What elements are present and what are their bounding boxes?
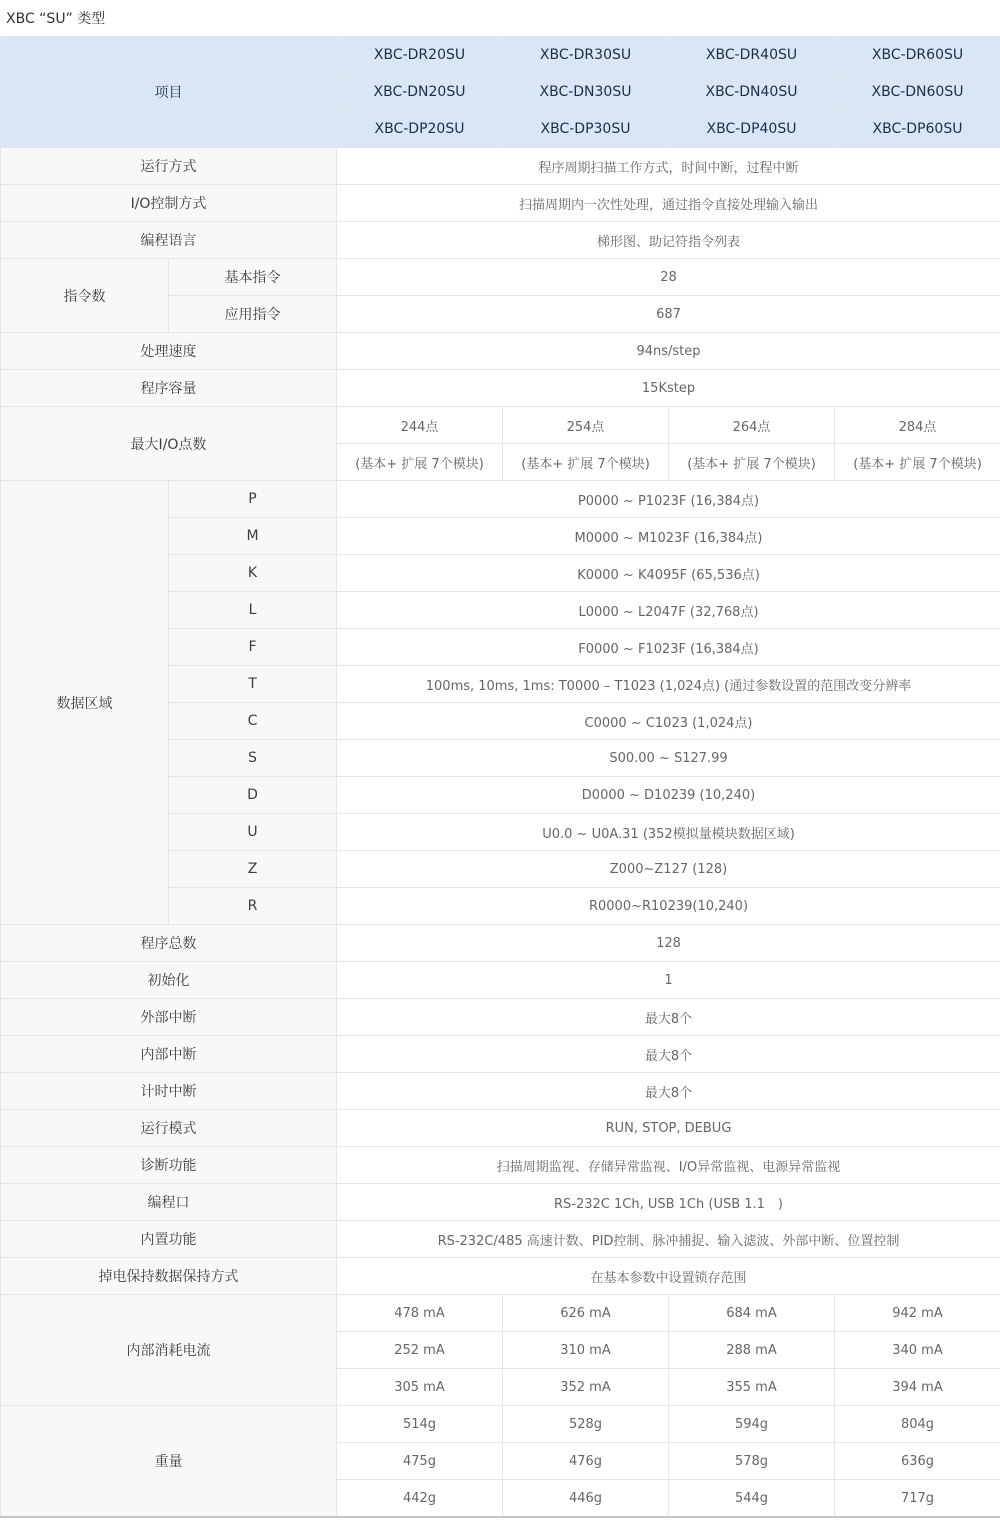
model-cell: XBC-DP20SU <box>337 111 503 148</box>
spec-label: 编程语言 <box>1 222 337 259</box>
row-basic-instructions: 指令数 基本指令 28 <box>1 259 1000 296</box>
spec-value: 扫描周期内一次性处理，通过指令直接处理输入输出 <box>337 185 1000 222</box>
spec-label: 运行模式 <box>1 1110 337 1147</box>
page-title: XBC “SU” 类型 <box>0 0 1000 36</box>
max-io-note: (基本+ 扩展 7个模块) <box>337 444 503 481</box>
data-area-key: M <box>169 518 337 555</box>
spec-label: 处理速度 <box>1 333 337 370</box>
data-area-range: P0000 ~ P1023F (16,384点) <box>337 481 1000 518</box>
max-io-point: 244点 <box>337 407 503 444</box>
weight-value: 476g <box>503 1443 669 1480</box>
row-proc-speed: 处理速度 94ns/step <box>1 333 1000 370</box>
model-cell: XBC-DR30SU <box>503 37 669 74</box>
row-total-programs: 程序总数 128 <box>1 925 1000 962</box>
data-area-key: P <box>169 481 337 518</box>
model-cell: XBC-DN20SU <box>337 74 503 111</box>
max-io-note: (基本+ 扩展 7个模块) <box>835 444 1000 481</box>
model-cell: XBC-DP60SU <box>835 111 1000 148</box>
spec-value: RS-232C/485 高速计数、PID控制、脉冲捕捉、输入滤波、外部中断、位置… <box>337 1221 1000 1258</box>
spec-value: 1 <box>337 962 1000 999</box>
row-diagnostics: 诊断功能 扫描周期监视、存储异常监视、I/O异常监视、电源异常监视 <box>1 1147 1000 1184</box>
spec-value: 程序周期扫描工作方式，时间中断，过程中断 <box>337 148 1000 185</box>
current-value: 252 mA <box>337 1332 503 1369</box>
data-area-range: Z000~Z127 (128) <box>337 851 1000 888</box>
max-io-point: 254点 <box>503 407 669 444</box>
current-value: 355 mA <box>669 1369 835 1406</box>
model-cell: XBC-DN40SU <box>669 74 835 111</box>
data-area-key: F <box>169 629 337 666</box>
spec-label: 内部中断 <box>1 1036 337 1073</box>
data-area-range: R0000~R10239(10,240) <box>337 888 1000 925</box>
max-io-point: 284点 <box>835 407 1000 444</box>
weight-value: 594g <box>669 1406 835 1443</box>
row-data-area-P: 数据区域 P P0000 ~ P1023F (16,384点) <box>1 481 1000 518</box>
row-latch-retain: 掉电保持数据保持方式 在基本参数中设置锁存范围 <box>1 1258 1000 1295</box>
max-io-note: (基本+ 扩展 7个模块) <box>503 444 669 481</box>
spec-label: 初始化 <box>1 962 337 999</box>
max-io-point: 264点 <box>669 407 835 444</box>
data-area-range: M0000 ~ M1023F (16,384点) <box>337 518 1000 555</box>
data-area-key: T <box>169 666 337 703</box>
model-cell: XBC-DR60SU <box>835 37 1000 74</box>
spec-group-label: 指令数 <box>1 259 169 333</box>
current-value: 340 mA <box>835 1332 1000 1369</box>
spec-value: 最大8个 <box>337 999 1000 1036</box>
weight-value: 446g <box>503 1480 669 1518</box>
row-ext-interrupt: 外部中断 最大8个 <box>1 999 1000 1036</box>
current-value: 394 mA <box>835 1369 1000 1406</box>
data-area-range: C0000 ~ C1023 (1,024点) <box>337 703 1000 740</box>
spec-label: 运行方式 <box>1 148 337 185</box>
current-value: 310 mA <box>503 1332 669 1369</box>
weight-value: 636g <box>835 1443 1000 1480</box>
spec-value: 15Kstep <box>337 370 1000 407</box>
row-weight-1: 重量 514g 528g 594g 804g <box>1 1406 1000 1443</box>
row-prog-lang: 编程语言 梯形图、助记符指令列表 <box>1 222 1000 259</box>
data-area-range: U0.0 ~ U0A.31 (352模拟量模块数据区域) <box>337 814 1000 851</box>
header-row-dr: 项目 XBC-DR20SU XBC-DR30SU XBC-DR40SU XBC-… <box>1 37 1000 74</box>
spec-value: RUN, STOP, DEBUG <box>337 1110 1000 1147</box>
spec-label: 掉电保持数据保持方式 <box>1 1258 337 1295</box>
row-operation-modes: 运行模式 RUN, STOP, DEBUG <box>1 1110 1000 1147</box>
model-cell: XBC-DP30SU <box>503 111 669 148</box>
data-area-key: Z <box>169 851 337 888</box>
spec-label: 计时中断 <box>1 1073 337 1110</box>
weight-value: 475g <box>337 1443 503 1480</box>
current-value: 684 mA <box>669 1295 835 1332</box>
current-value: 305 mA <box>337 1369 503 1406</box>
weight-value: 717g <box>835 1480 1000 1518</box>
row-builtin-functions: 内置功能 RS-232C/485 高速计数、PID控制、脉冲捕捉、输入滤波、外部… <box>1 1221 1000 1258</box>
row-programming-port: 编程口 RS-232C 1Ch, USB 1Ch (USB 1.1 ) <box>1 1184 1000 1221</box>
model-cell: XBC-DR20SU <box>337 37 503 74</box>
weight-value: 804g <box>835 1406 1000 1443</box>
spec-group-label: 数据区域 <box>1 481 169 925</box>
spec-label: 内置功能 <box>1 1221 337 1258</box>
current-value: 626 mA <box>503 1295 669 1332</box>
data-area-range: K0000 ~ K4095F (65,536点) <box>337 555 1000 592</box>
spec-value: 94ns/step <box>337 333 1000 370</box>
current-value: 288 mA <box>669 1332 835 1369</box>
current-value: 352 mA <box>503 1369 669 1406</box>
row-timer-interrupt: 计时中断 最大8个 <box>1 1073 1000 1110</box>
row-prog-capacity: 程序容量 15Kstep <box>1 370 1000 407</box>
spec-value: 28 <box>337 259 1000 296</box>
weight-value: 544g <box>669 1480 835 1518</box>
data-area-range: 100ms, 10ms, 1ms: T0000 – T1023 (1,024点)… <box>337 666 1000 703</box>
spec-label: 最大I/O点数 <box>1 407 337 481</box>
data-area-range: L0000 ~ L2047F (32,768点) <box>337 592 1000 629</box>
spec-value: 687 <box>337 296 1000 333</box>
row-max-io-points: 最大I/O点数 244点 254点 264点 284点 <box>1 407 1000 444</box>
spec-label: 编程口 <box>1 1184 337 1221</box>
weight-value: 578g <box>669 1443 835 1480</box>
data-area-key: C <box>169 703 337 740</box>
current-value: 942 mA <box>835 1295 1000 1332</box>
data-area-key: U <box>169 814 337 851</box>
current-value: 478 mA <box>337 1295 503 1332</box>
model-cell: XBC-DR40SU <box>669 37 835 74</box>
row-int-interrupt: 内部中断 最大8个 <box>1 1036 1000 1073</box>
data-area-range: D0000 ~ D10239 (10,240) <box>337 777 1000 814</box>
weight-value: 442g <box>337 1480 503 1518</box>
row-current-1: 内部消耗电流 478 mA 626 mA 684 mA 942 mA <box>1 1295 1000 1332</box>
data-area-range: S00.00 ~ S127.99 <box>337 740 1000 777</box>
weight-value: 528g <box>503 1406 669 1443</box>
data-area-key: L <box>169 592 337 629</box>
max-io-note: (基本+ 扩展 7个模块) <box>669 444 835 481</box>
spec-label: 程序总数 <box>1 925 337 962</box>
row-run-mode: 运行方式 程序周期扫描工作方式，时间中断，过程中断 <box>1 148 1000 185</box>
model-cell: XBC-DN60SU <box>835 74 1000 111</box>
spec-value: 扫描周期监视、存储异常监视、I/O异常监视、电源异常监视 <box>337 1147 1000 1184</box>
data-area-range: F0000 ~ F1023F (16,384点) <box>337 629 1000 666</box>
spec-label: 诊断功能 <box>1 1147 337 1184</box>
data-area-key: K <box>169 555 337 592</box>
spec-value: 128 <box>337 925 1000 962</box>
spec-value: 最大8个 <box>337 1073 1000 1110</box>
spec-label: 重量 <box>1 1406 337 1518</box>
spec-value: 最大8个 <box>337 1036 1000 1073</box>
data-area-key: S <box>169 740 337 777</box>
spec-sublabel: 基本指令 <box>169 259 337 296</box>
data-area-key: D <box>169 777 337 814</box>
row-io-control: I/O控制方式 扫描周期内一次性处理，通过指令直接处理输入输出 <box>1 185 1000 222</box>
spec-sublabel: 应用指令 <box>169 296 337 333</box>
data-area-key: R <box>169 888 337 925</box>
spec-value: 梯形图、助记符指令列表 <box>337 222 1000 259</box>
spec-label: 程序容量 <box>1 370 337 407</box>
spec-value: 在基本参数中设置锁存范围 <box>337 1258 1000 1295</box>
spec-value: RS-232C 1Ch, USB 1Ch (USB 1.1 ) <box>337 1184 1000 1221</box>
spec-label: 外部中断 <box>1 999 337 1036</box>
spec-table: 项目 XBC-DR20SU XBC-DR30SU XBC-DR40SU XBC-… <box>0 36 1000 1518</box>
spec-label: 内部消耗电流 <box>1 1295 337 1406</box>
model-cell: XBC-DN30SU <box>503 74 669 111</box>
model-cell: XBC-DP40SU <box>669 111 835 148</box>
row-init: 初始化 1 <box>1 962 1000 999</box>
header-item-cell: 项目 <box>1 37 337 148</box>
weight-value: 514g <box>337 1406 503 1443</box>
spec-label: I/O控制方式 <box>1 185 337 222</box>
